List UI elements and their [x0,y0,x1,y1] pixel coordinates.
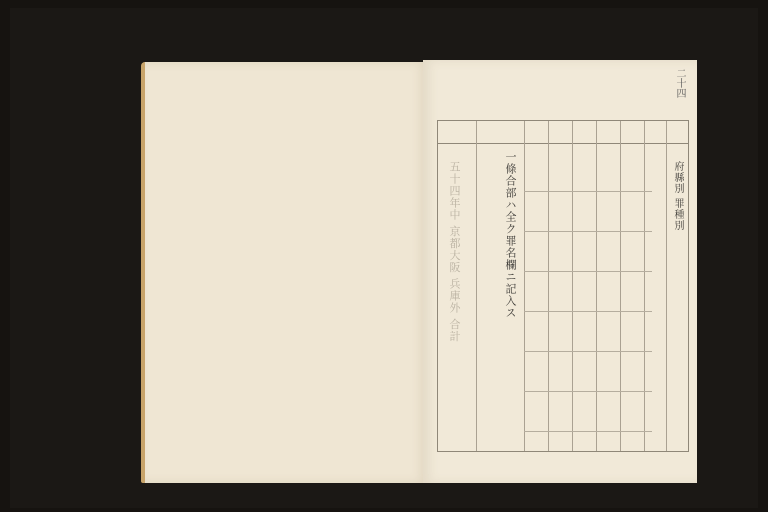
page-number: 二十四 [672,68,687,98]
ledger-right-page: 二十四 一條合部ハ全ク罪名欄ニ記入ス 五十四年中 京都大阪 兵庫外 合計 府縣別… [423,60,697,483]
column-rule [572,121,573,451]
column-rule [596,121,597,451]
column-rule [644,121,645,451]
row-rule [524,231,652,232]
column-rule [620,121,621,451]
row-rule [524,271,652,272]
column-rule [476,121,477,451]
faint-column-text: 五十四年中 京都大阪 兵庫外 合計 [446,161,462,343]
row-rule [524,391,652,392]
note-text: 一條合部ハ全ク罪名欄ニ記入ス [502,151,518,319]
column-rule [524,121,525,451]
row-rule [524,311,652,312]
row-rule [524,191,652,192]
title-side: 府縣別 罪種別 [670,161,685,231]
blank-left-page [141,62,427,483]
open-book: 二十四 一條合部ハ全ク罪名欄ニ記入ス 五十四年中 京都大阪 兵庫外 合計 府縣別… [141,60,697,485]
column-rule [548,121,549,451]
row-rule [524,351,652,352]
column-rule [666,121,667,451]
ledger-table: 一條合部ハ全ク罪名欄ニ記入ス 五十四年中 京都大阪 兵庫外 合計 府縣別 罪種別 [437,120,689,452]
row-rule [524,431,652,432]
